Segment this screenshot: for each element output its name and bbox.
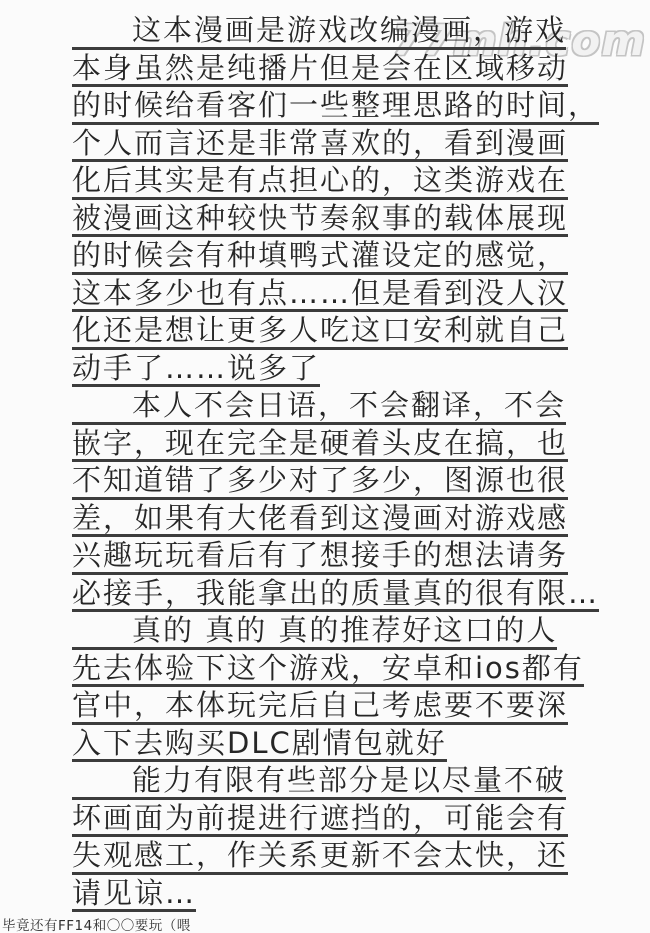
note-line: 化还是想让更多人吃这口安利就自己 [72, 314, 568, 350]
note-line: 官中，本体玩完后自己考虑要不要深 [72, 689, 568, 725]
note-line: 化后其实是有点担心的，这类游戏在 [72, 164, 568, 200]
note-line: 本身虽然是纯播片但是会在区域移动 [72, 52, 568, 88]
translator-note-text: 这本漫画是游戏改编漫画，游戏本身虽然是纯播片但是会在区域移动的时候给看客们一些整… [72, 14, 612, 914]
footer-note: 毕竟还有FF14和〇〇要玩（喂 [2, 914, 191, 933]
note-line: 个人而言还是非常喜欢的，看到漫画 [72, 127, 568, 163]
note-line: 先去体验下这个游戏，安卓和ios都有 [72, 652, 584, 688]
note-line: 坏画面为前提进行遮挡的，可能会有 [72, 802, 568, 838]
note-line: 不知道错了多少对了多少，图源也很 [72, 464, 568, 500]
note-line: 能力有限有些部分是以尽量不破 [72, 764, 566, 800]
note-line: 差，如果有大佬看到这漫画对游戏感 [72, 502, 568, 538]
note-line: 请见谅… [72, 877, 196, 913]
note-line: 真的 真的 真的推荐好这口的人 [72, 614, 557, 650]
note-line: 这本多少也有点……但是看到没人汉 [72, 277, 568, 313]
note-line: 本人不会日语，不会翻译，不会 [72, 389, 566, 425]
scanned-note-page: 77mh.com 这本漫画是游戏改编漫画，游戏本身虽然是纯播片但是会在区域移动的… [0, 0, 650, 933]
note-line: 嵌字，现在完全是硬着头皮在搞，也 [72, 427, 568, 463]
note-line: 兴趣玩玩看后有了想接手的想法请务 [72, 539, 568, 575]
note-line: 动手了……说多了 [72, 352, 320, 388]
note-line: 入下去购买DLC剧情包就好 [72, 727, 447, 763]
note-line: 这本漫画是游戏改编漫画，游戏 [72, 14, 566, 50]
note-line: 的时候给看客们一些整理思路的时间， [72, 89, 599, 125]
note-line: 失观感工，作关系更新不会太快，还 [72, 839, 568, 875]
note-line: 被漫画这种较快节奏叙事的载体展现 [72, 202, 568, 238]
note-line: 的时候会有种填鸭式灌设定的感觉， [72, 239, 568, 275]
note-line: 必接手，我能拿出的质量真的很有限… [72, 577, 599, 613]
